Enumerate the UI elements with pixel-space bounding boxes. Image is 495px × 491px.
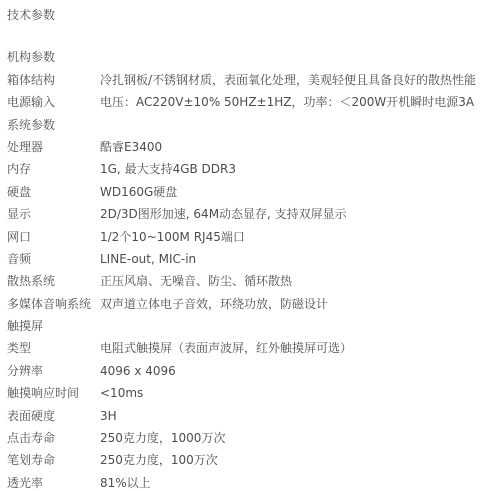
spec-label: 散热系统 (7, 270, 100, 292)
spec-label: 点击寿命 (7, 427, 100, 449)
spec-label: 透光率 (7, 472, 100, 491)
section-header-label: 系统参数 (7, 114, 100, 136)
spec-label: 音频 (7, 248, 100, 270)
spec-row: 处理器 酷睿E3400 (7, 136, 495, 158)
spec-row: 内存 1G, 最大支持4GB DDR3 (7, 158, 495, 180)
spec-row: 分辨率 4096 x 4096 (7, 360, 495, 382)
spec-row: 笔划寿命 250克力度，100万次 (7, 449, 495, 471)
spec-value: WD160G硬盘 (100, 181, 495, 203)
spec-row: 电源输入 电压：AC220V±10% 50HZ±1HZ，功率：＜200W开机瞬时… (7, 91, 495, 113)
page-title: 技术参数 (7, 4, 495, 26)
spec-label: 表面硬度 (7, 405, 100, 427)
spec-value: 1G, 最大支持4GB DDR3 (100, 158, 495, 180)
spec-value: 250克力度，1000万次 (100, 427, 495, 449)
spec-row: 箱体结构 冷扎钢板/不锈钢材质，表面氧化处理，美观轻便且具备良好的散热性能 (7, 69, 495, 91)
spec-row: 散热系统 正压风扇、无噪音、防尘、循环散热 (7, 270, 495, 292)
spec-label: 处理器 (7, 136, 100, 158)
spec-row: 硬盘 WD160G硬盘 (7, 181, 495, 203)
section-header-touchscreen: 触摸屏 (7, 315, 495, 337)
spec-value: LINE-out, MIC-in (100, 248, 495, 270)
spec-label: 显示 (7, 203, 100, 225)
spec-row: 透光率 81%以上 (7, 472, 495, 491)
section-header-label: 触摸屏 (7, 315, 100, 337)
spec-label: 箱体结构 (7, 69, 100, 91)
spec-value: 电阻式触摸屏（表面声波屏，红外触摸屏可选） (100, 337, 495, 359)
spec-row: 表面硬度 3H (7, 405, 495, 427)
spec-label: 触摸响应时间 (7, 382, 100, 404)
spec-value: 正压风扇、无噪音、防尘、循环散热 (100, 270, 495, 292)
spec-value: 2D/3D图形加速, 64M动态显存, 支持双屏显示 (100, 203, 495, 225)
spec-row: 音频 LINE-out, MIC-in (7, 248, 495, 270)
spec-value: 4096 x 4096 (100, 360, 495, 382)
spec-label: 分辨率 (7, 360, 100, 382)
section-header-system: 系统参数 (7, 114, 495, 136)
spec-row: 类型 电阻式触摸屏（表面声波屏，红外触摸屏可选） (7, 337, 495, 359)
section-header-label: 机构参数 (7, 46, 100, 68)
spec-value: 1/2个10~100M RJ45端口 (100, 226, 495, 248)
spec-row: 显示 2D/3D图形加速, 64M动态显存, 支持双屏显示 (7, 203, 495, 225)
spec-value: 电压：AC220V±10% 50HZ±1HZ，功率：＜200W开机瞬时电源3A (100, 91, 495, 113)
spec-row: 触摸响应时间 <10ms (7, 382, 495, 404)
spec-label: 笔划寿命 (7, 449, 100, 471)
spec-label: 多媒体音响系统 (7, 293, 100, 315)
spec-value: 81%以上 (100, 472, 495, 491)
spec-value: 3H (100, 405, 495, 427)
spec-value: 250克力度，100万次 (100, 449, 495, 471)
spec-label: 网口 (7, 226, 100, 248)
spec-value: 酷睿E3400 (100, 136, 495, 158)
section-header-mechanical: 机构参数 (7, 46, 495, 68)
spec-label: 内存 (7, 158, 100, 180)
spec-row: 多媒体音响系统 双声道立体电子音效，环绕功放，防磁设计 (7, 293, 495, 315)
spec-value: 冷扎钢板/不锈钢材质，表面氧化处理，美观轻便且具备良好的散热性能 (100, 69, 495, 91)
spec-label: 类型 (7, 337, 100, 359)
spec-sheet: 技术参数 机构参数 箱体结构 冷扎钢板/不锈钢材质，表面氧化处理，美观轻便且具备… (0, 0, 495, 491)
spec-value: 双声道立体电子音效，环绕功放，防磁设计 (100, 293, 495, 315)
spec-label: 电源输入 (7, 91, 100, 113)
spec-label: 硬盘 (7, 181, 100, 203)
spec-row: 点击寿命 250克力度，1000万次 (7, 427, 495, 449)
spec-value: <10ms (100, 382, 495, 404)
spec-row: 网口 1/2个10~100M RJ45端口 (7, 226, 495, 248)
